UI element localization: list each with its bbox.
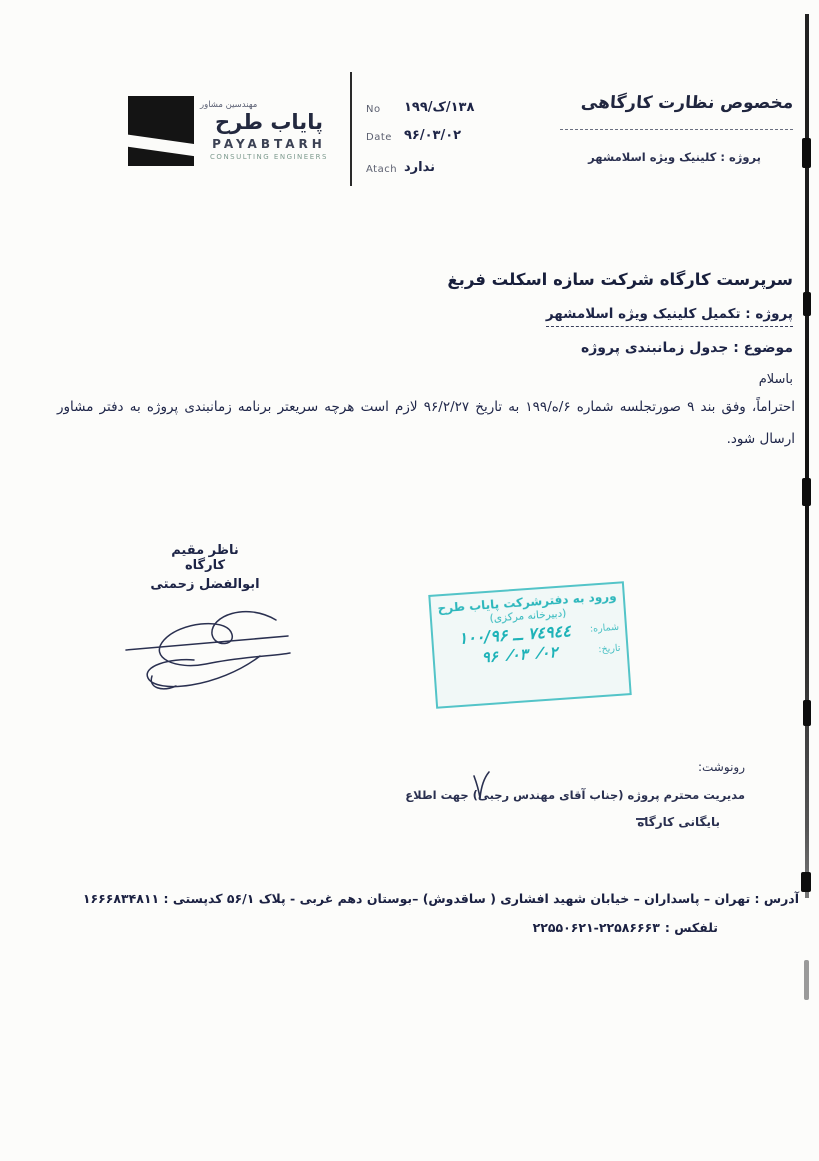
signature-mark xyxy=(118,596,303,696)
salutation: باسلام xyxy=(759,372,793,387)
receipt-stamp: ورود به دفترشرکت پایاب طرح (دبیرخانه مرک… xyxy=(428,581,631,708)
scan-blob xyxy=(803,292,811,316)
footer-address: آدرس : تهران – پاسداران – خیابان شهید اف… xyxy=(83,891,799,906)
no-value: ۱۹۹/ک/۱۳۸ xyxy=(404,100,474,115)
telefax-value: ۲۲۵۵۰۶۲۱-۲۲۵۸۶۶۶۳ xyxy=(533,920,660,935)
cc-label: رونوشت: xyxy=(698,760,745,774)
logo-stripe-icon xyxy=(128,133,194,158)
footer-telefax: تلفکس : ۲۲۵۵۰۶۲۱-۲۲۵۸۶۶۶۳ xyxy=(533,920,718,935)
signature-name: ابوالفضل زحمتی xyxy=(145,577,265,592)
scan-blob xyxy=(803,700,811,726)
scan-blob xyxy=(804,960,809,1000)
stamp-number-label: شماره: xyxy=(590,622,620,635)
scan-blob xyxy=(802,478,811,506)
category-project-line: پروژه : کلینیک ویژه اسلامشهر xyxy=(588,150,761,164)
brand-name-fa: پایاب طرح xyxy=(196,110,342,134)
brand-block: مهندسین مشاور پایاب طرح PAYABTARH CONSUL… xyxy=(196,100,342,161)
scan-blob xyxy=(802,138,811,168)
dash-bullet-icon xyxy=(636,818,646,820)
subject-line: موضوع : جدول زمانبندی پروژه xyxy=(581,340,793,356)
telefax-label: تلفکس : xyxy=(665,920,718,935)
date-label: Date xyxy=(366,132,392,143)
stamp-date-label: تاریخ: xyxy=(598,642,621,655)
cc-item: مدیریت محترم پروژه (جناب آقای مهندس رجبی… xyxy=(405,788,745,802)
signature-title: ناظر مقیم کارگاه xyxy=(150,543,260,573)
category-underline xyxy=(560,129,793,130)
letterhead-divider xyxy=(350,72,352,186)
brand-name-en: PAYABTARH xyxy=(196,137,342,151)
date-value: ۹۶/۰۳/۰۲ xyxy=(404,128,461,143)
brand-subtitle: CONSULTING ENGINEERS xyxy=(196,153,342,161)
scan-blob xyxy=(801,872,811,892)
no-label: No xyxy=(366,104,381,115)
checkmark-icon xyxy=(470,770,492,800)
attach-value: ندارد xyxy=(404,160,435,175)
brand-logo xyxy=(128,96,194,166)
brand-tagline: مهندسین مشاور xyxy=(196,100,342,110)
scanned-letter-page: مهندسین مشاور پایاب طرح PAYABTARH CONSUL… xyxy=(0,0,819,1161)
recipient-line: سرپرست کارگاه شرکت سازه اسکلت فربغ xyxy=(447,270,793,289)
cc-item: بایگانی کارگاه xyxy=(637,815,720,829)
attach-label: Atach xyxy=(366,164,397,175)
project-line: پروژه : تکمیل کلینیک ویژه اسلامشهر xyxy=(546,306,793,327)
body-paragraph: احتراماً، وفق بند ۹ صورتجلسه شماره ۶/ه/۱… xyxy=(57,392,795,455)
category-heading: مخصوص نظارت کارگاهی xyxy=(580,93,794,113)
